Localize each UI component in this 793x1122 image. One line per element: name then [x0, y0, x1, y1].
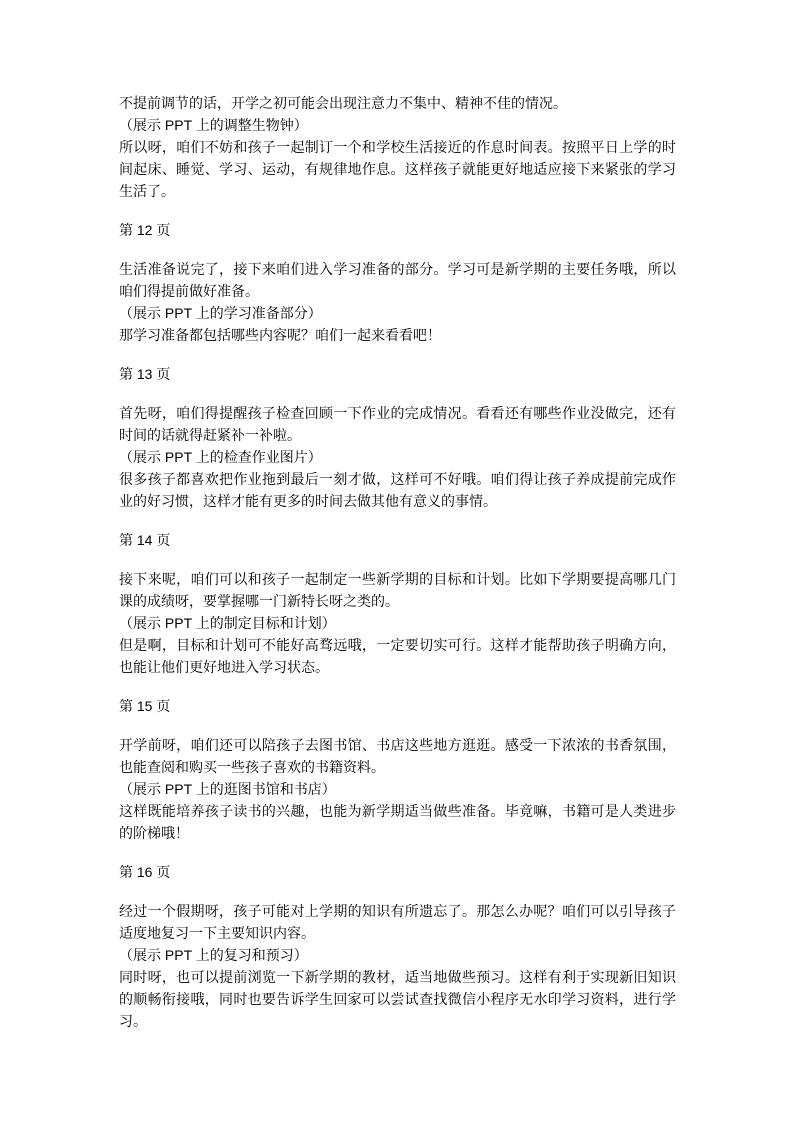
paragraph: 不提前调节的话，开学之初可能会出现注意力不集中、精神不佳的情况。	[119, 92, 676, 114]
paragraph: （展示 PPT 上的制定目标和计划）	[119, 612, 676, 634]
page-label: 第 15 页	[119, 695, 676, 717]
paragraph: （展示 PPT 上的复习和预习）	[119, 944, 676, 966]
paragraph: （展示 PPT 上的逛图书馆和书店）	[119, 778, 676, 800]
page-label: 第 13 页	[119, 363, 676, 385]
paragraph: （展示 PPT 上的检查作业图片）	[119, 446, 676, 468]
paragraph: 很多孩子都喜欢把作业拖到最后一刻才做，这样可不好哦。咱们得让孩子养成提前完成作业…	[119, 468, 676, 512]
paragraph: 开学前呀，咱们还可以陪孩子去图书馆、书店这些地方逛逛。感受一下浓浓的书香氛围，也…	[119, 734, 676, 778]
paragraph: 生活准备说完了，接下来咱们进入学习准备的部分。学习可是新学期的主要任务哦，所以咱…	[119, 258, 676, 302]
paragraph: （展示 PPT 上的调整生物钟）	[119, 114, 676, 136]
page-label: 第 12 页	[119, 219, 676, 241]
paragraph: 接下来呢，咱们可以和孩子一起制定一些新学期的目标和计划。比如下学期要提高哪几门课…	[119, 568, 676, 612]
paragraph: 所以呀，咱们不妨和孩子一起制订一个和学校生活接近的作息时间表。按照平日上学的时间…	[119, 136, 676, 202]
paragraph: 经过一个假期呀，孩子可能对上学期的知识有所遗忘了。那怎么办呢？咱们可以引导孩子适…	[119, 900, 676, 944]
page-label: 第 16 页	[119, 861, 676, 883]
paragraph: 但是啊，目标和计划可不能好高骛远哦，一定要切实可行。这样才能帮助孩子明确方向，也…	[119, 634, 676, 678]
paragraph: 那学习准备都包括哪些内容呢？咱们一起来看看吧！	[119, 324, 676, 346]
paragraph: 这样既能培养孩子读书的兴趣，也能为新学期适当做些准备。毕竟嘛，书籍可是人类进步的…	[119, 800, 676, 844]
paragraph: 首先呀，咱们得提醒孩子检查回顾一下作业的完成情况。看看还有哪些作业没做完，还有时…	[119, 402, 676, 446]
page-label: 第 14 页	[119, 529, 676, 551]
paragraph: （展示 PPT 上的学习准备部分）	[119, 302, 676, 324]
paragraph: 同时呀，也可以提前浏览一下新学期的教材，适当地做些预习。这样有利于实现新旧知识的…	[119, 966, 676, 1032]
document-page: 不提前调节的话，开学之初可能会出现注意力不集中、精神不佳的情况。 （展示 PPT…	[0, 0, 793, 1122]
